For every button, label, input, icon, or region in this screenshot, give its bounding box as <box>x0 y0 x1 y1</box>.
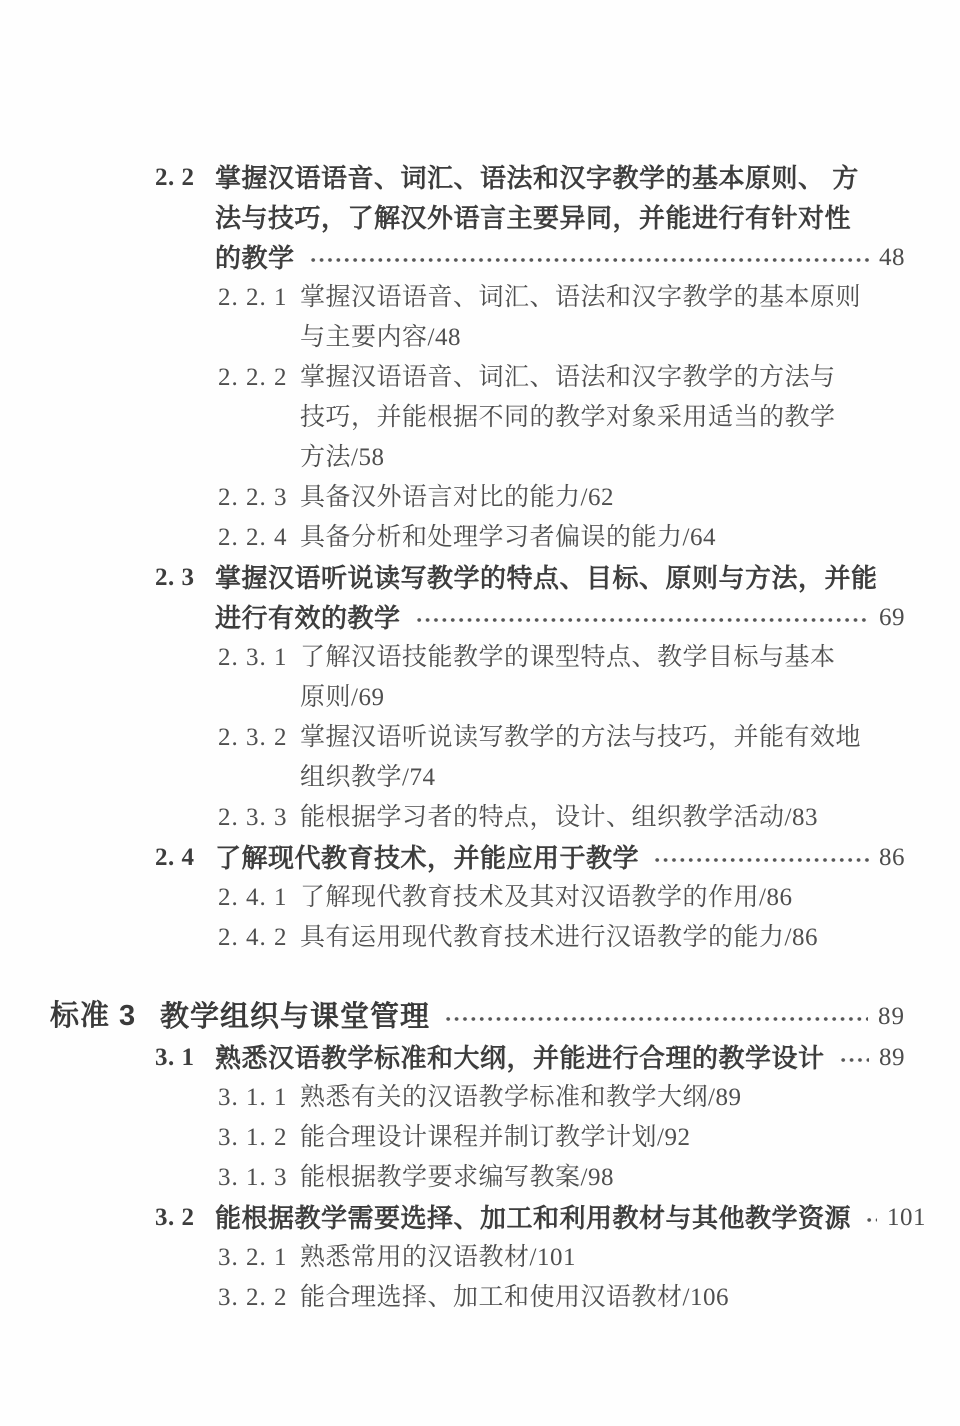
entry-number: 3. 1. 1 <box>218 1078 288 1118</box>
entry-text-line: 法与技巧，了解汉外语言主要异同，并能进行有针对性 <box>215 198 905 238</box>
entry-number: 2. 3. 3 <box>218 798 288 838</box>
toc-entry: 2. 3. 2 掌握汉语听说读写教学的方法与技巧，并能有效地 组织教学/74 <box>0 718 960 798</box>
toc-entry: 2. 4. 1 了解现代教育技术及其对汉语教学的作用/86 <box>0 878 960 918</box>
toc-entry: 3. 1. 2 能合理设计课程并制订教学计划/92 <box>0 1118 960 1158</box>
page-number: 48 <box>879 238 905 278</box>
entry-text-line: 的教学 48 <box>215 238 905 278</box>
chapter-title: 教学组织与课堂管理 <box>160 996 430 1038</box>
toc-entry: 3. 1. 3 能根据教学要求编写教案/98 <box>0 1158 960 1198</box>
entry-text-line: 组织教学/74 <box>300 758 905 798</box>
page-number: 86 <box>879 838 905 878</box>
entry-text-line: 具备分析和处理学习者偏误的能力/64 <box>300 518 905 558</box>
toc-page: 2. 2 掌握汉语语音、词汇、语法和汉字教学的基本原则、 方 法与技巧，了解汉外… <box>0 0 960 1426</box>
entry-text-line: 了解现代教育技术，并能应用于教学 86 <box>215 838 905 878</box>
toc-entry: 2. 4 了解现代教育技术，并能应用于教学 86 <box>0 838 960 878</box>
chapter-title-line: 教学组织与课堂管理 89 <box>160 996 905 1038</box>
entry-text-line: 能根据教学要求编写教案/98 <box>300 1158 905 1198</box>
entry-number: 2. 3. 1 <box>218 638 288 678</box>
dot-leader <box>415 598 869 638</box>
entry-text-line: 熟悉汉语教学标准和大纲，并能进行合理的教学设计 89 <box>215 1038 905 1078</box>
entry-text-line: 熟悉有关的汉语教学标准和教学大纲/89 <box>300 1078 905 1118</box>
entry-number: 3. 2. 1 <box>218 1238 288 1278</box>
entry-text-line: 掌握汉语语音、词汇、语法和汉字教学的基本原则、 方 <box>215 158 905 198</box>
toc-entry: 3. 2 能根据教学需要选择、加工和利用教材与其他教学资源 101 <box>0 1198 960 1238</box>
page-number: 69 <box>879 598 905 638</box>
entry-text-line: 掌握汉语语音、词汇、语法和汉字教学的基本原则 <box>300 278 905 318</box>
entry-number: 3. 1. 3 <box>218 1158 288 1198</box>
chapter-heading: 标准 3 教学组织与课堂管理 89 <box>0 996 960 1038</box>
entry-number: 3. 1 <box>155 1038 195 1078</box>
entry-number: 3. 2 <box>155 1198 195 1238</box>
toc-entry: 3. 2. 1 熟悉常用的汉语教材/101 <box>0 1238 960 1278</box>
entry-text-line: 具备汉外语言对比的能力/62 <box>300 478 905 518</box>
entry-text-line: 进行有效的教学 69 <box>215 598 905 638</box>
toc-entry: 3. 1. 1 熟悉有关的汉语教学标准和教学大纲/89 <box>0 1078 960 1118</box>
entry-number: 2. 2. 2 <box>218 358 288 398</box>
entry-text: 的教学 <box>215 238 295 278</box>
entry-text-line: 掌握汉语语音、词汇、语法和汉字教学的方法与 <box>300 358 905 398</box>
entry-number: 2. 3. 2 <box>218 718 288 758</box>
entry-text-line: 原则/69 <box>300 678 905 718</box>
toc-entry: 2. 3. 1 了解汉语技能教学的课型特点、教学目标与基本 原则/69 <box>0 638 960 718</box>
toc-entry: 2. 4. 2 具有运用现代教育技术进行汉语教学的能力/86 <box>0 918 960 958</box>
toc-entry: 2. 2. 4 具备分析和处理学习者偏误的能力/64 <box>0 518 960 558</box>
entry-text-line: 能根据教学需要选择、加工和利用教材与其他教学资源 101 <box>215 1198 905 1238</box>
dot-leader <box>309 238 869 278</box>
entry-text-line: 能合理设计课程并制订教学计划/92 <box>300 1118 905 1158</box>
toc-entry: 2. 3. 3 能根据学习者的特点，设计、组织教学活动/83 <box>0 798 960 838</box>
entry-text-line: 具有运用现代教育技术进行汉语教学的能力/86 <box>300 918 905 958</box>
dot-leader <box>839 1038 869 1078</box>
page-number: 89 <box>879 1038 905 1078</box>
toc-entry: 2. 2. 3 具备汉外语言对比的能力/62 <box>0 478 960 518</box>
entry-text-line: 熟悉常用的汉语教材/101 <box>300 1238 905 1278</box>
dot-leader <box>653 838 869 878</box>
dot-leader <box>865 1198 877 1238</box>
chapter-number: 标准 3 <box>50 996 136 1036</box>
entry-text: 能根据教学需要选择、加工和利用教材与其他教学资源 <box>215 1198 851 1238</box>
entry-text-line: 与主要内容/48 <box>300 318 905 358</box>
dot-leader <box>444 996 868 1038</box>
entry-number: 2. 2. 4 <box>218 518 288 558</box>
entry-number: 2. 2. 1 <box>218 278 288 318</box>
page-number: 89 <box>878 996 905 1038</box>
toc-entry: 3. 2. 2 能合理选择、加工和使用汉语教材/106 <box>0 1278 960 1318</box>
entry-number: 2. 4. 2 <box>218 918 288 958</box>
entry-text: 熟悉汉语教学标准和大纲，并能进行合理的教学设计 <box>215 1038 825 1078</box>
toc-entry: 2. 2 掌握汉语语音、词汇、语法和汉字教学的基本原则、 方 法与技巧，了解汉外… <box>0 158 960 278</box>
entry-text-line: 了解汉语技能教学的课型特点、教学目标与基本 <box>300 638 905 678</box>
entry-number: 2. 2 <box>155 158 195 198</box>
page-number: 101 <box>887 1198 926 1238</box>
entry-text-line: 掌握汉语听说读写教学的特点、目标、原则与方法，并能 <box>215 558 905 598</box>
entry-number: 3. 1. 2 <box>218 1118 288 1158</box>
entry-text-line: 技巧，并能根据不同的教学对象采用适当的教学 <box>300 398 905 438</box>
entry-text: 进行有效的教学 <box>215 598 401 638</box>
entry-text-line: 了解现代教育技术及其对汉语教学的作用/86 <box>300 878 905 918</box>
entry-text-line: 能合理选择、加工和使用汉语教材/106 <box>300 1278 905 1318</box>
entry-number: 3. 2. 2 <box>218 1278 288 1318</box>
entry-text-line: 掌握汉语听说读写教学的方法与技巧，并能有效地 <box>300 718 905 758</box>
toc-entry: 2. 3 掌握汉语听说读写教学的特点、目标、原则与方法，并能 进行有效的教学 6… <box>0 558 960 638</box>
entry-number: 2. 4 <box>155 838 195 878</box>
entry-number: 2. 4. 1 <box>218 878 288 918</box>
entry-text-line: 能根据学习者的特点，设计、组织教学活动/83 <box>300 798 905 838</box>
entry-text: 了解现代教育技术，并能应用于教学 <box>215 838 639 878</box>
entry-number: 2. 3 <box>155 558 195 598</box>
toc-entry: 2. 2. 2 掌握汉语语音、词汇、语法和汉字教学的方法与 技巧，并能根据不同的… <box>0 358 960 478</box>
entry-text-line: 方法/58 <box>300 438 905 478</box>
toc-entry: 3. 1 熟悉汉语教学标准和大纲，并能进行合理的教学设计 89 <box>0 1038 960 1078</box>
entry-number: 2. 2. 3 <box>218 478 288 518</box>
toc-entry: 2. 2. 1 掌握汉语语音、词汇、语法和汉字教学的基本原则 与主要内容/48 <box>0 278 960 358</box>
